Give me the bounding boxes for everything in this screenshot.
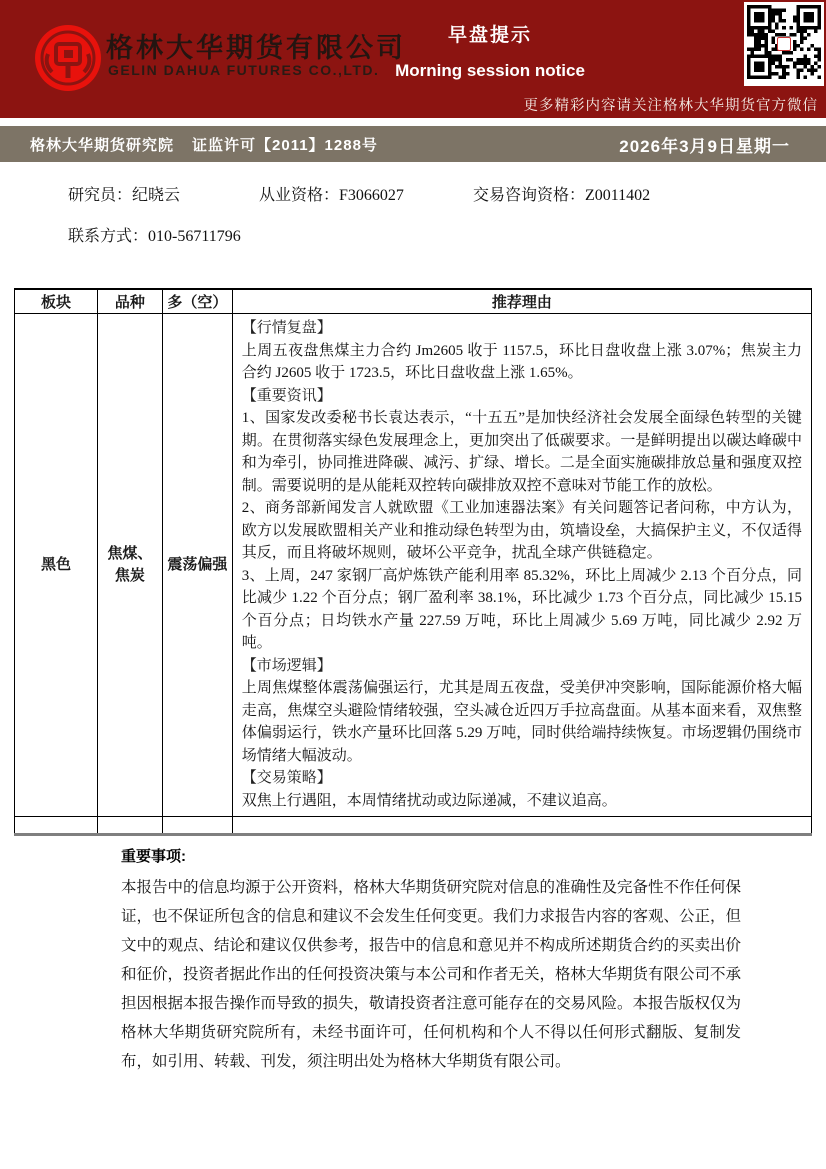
- notice-title-block: 早盘提示 Morning session notice: [370, 20, 610, 81]
- company-name-en: GELIN DAHUA FUTURES CO.,LTD.: [108, 62, 379, 78]
- company-logo-icon: [34, 24, 102, 92]
- section-paragraph: 上周五夜盘焦煤主力合约 Jm2605 收于 1157.5，环比日盘收盘上涨 3.…: [242, 340, 802, 385]
- reason-sections: 【行情复盘】上周五夜盘焦煤主力合约 Jm2605 收于 1157.5，环比日盘收…: [242, 317, 802, 812]
- researcher-qualification: 从业资格：F3066027: [259, 182, 469, 205]
- disclaimer-title: 重要事项:: [121, 845, 741, 866]
- section-paragraph: 上周焦煤整体震荡偏强运行，尤其是周五夜盘，受美伊冲突影响，国际能源价格大幅走高，…: [242, 677, 802, 767]
- wechat-qr-code: [744, 2, 824, 86]
- recommendation-table: 板块 品种 多（空） 推荐理由 黑色 焦煤、焦炭 震荡偏强 【行情复盘】上周五夜…: [14, 288, 812, 836]
- empty-cell: [232, 817, 811, 835]
- section-title: 【行情复盘】: [242, 317, 802, 340]
- empty-cell: [15, 817, 98, 835]
- wechat-note: 更多精彩内容请关注格林大华期货官方微信: [418, 94, 818, 115]
- cell-reason: 【行情复盘】上周五夜盘焦煤主力合约 Jm2605 收于 1157.5，环比日盘收…: [232, 314, 811, 817]
- disclaimer-body: 本报告中的信息均源于公开资料，格林大华期货研究院对信息的准确性及完备性不作任何保…: [121, 873, 741, 1076]
- section-paragraph: 2、商务部新闻发言人就欧盟《工业加速器法案》有关问题答记者问称，中方认为，欧方以…: [242, 497, 802, 565]
- subheader-band: 格林大华期货研究院证监许可【2011】1288号 2026年3月9日星期一: [0, 126, 826, 162]
- empty-cell: [97, 817, 162, 835]
- notice-title-cn: 早盘提示: [370, 20, 610, 47]
- table-empty-row: [15, 817, 812, 835]
- header-band: 格林大华期货有限公司 GELIN DAHUA FUTURES CO.,LTD. …: [0, 0, 826, 118]
- license-number: 证监许可【2011】1288号: [192, 137, 378, 154]
- cell-variety: 焦煤、焦炭: [97, 314, 162, 817]
- header-sector: 板块: [15, 289, 98, 314]
- section-title: 【重要资讯】: [242, 385, 802, 408]
- researcher-contact: 联系方式：010-56711796: [68, 223, 768, 246]
- section-paragraph: 双焦上行遇阻，本周情绪扰动或边际递减，不建议追高。: [242, 790, 802, 813]
- empty-cell: [162, 817, 232, 835]
- researcher-info: 研究员：纪晓云 从业资格：F3066027 交易咨询资格：Z0011402 联系…: [68, 182, 768, 246]
- notice-title-en: Morning session notice: [370, 61, 610, 81]
- researcher-advisory: 交易咨询资格：Z0011402: [473, 187, 650, 204]
- disclaimer-section: 重要事项: 本报告中的信息均源于公开资料，格林大华期货研究院对信息的准确性及完备…: [121, 845, 741, 1076]
- cell-position: 震荡偏强: [162, 314, 232, 817]
- cell-sector: 黑色: [15, 314, 98, 817]
- institute-name: 格林大华期货研究院: [30, 137, 174, 154]
- header-position: 多（空）: [162, 289, 232, 314]
- report-date: 2026年3月9日星期一: [619, 132, 790, 157]
- header-variety: 品种: [97, 289, 162, 314]
- company-name-cn: 格林大华期货有限公司: [106, 26, 406, 65]
- table-row: 黑色 焦煤、焦炭 震荡偏强 【行情复盘】上周五夜盘焦煤主力合约 Jm2605 收…: [15, 314, 812, 817]
- researcher-row-1: 研究员：纪晓云 从业资格：F3066027 交易咨询资格：Z0011402: [68, 182, 768, 205]
- institute-license: 格林大华期货研究院证监许可【2011】1288号: [30, 134, 396, 155]
- researcher-name: 研究员：纪晓云: [68, 182, 255, 205]
- qr-center-logo-icon: [777, 37, 791, 51]
- section-title: 【交易策略】: [242, 767, 802, 790]
- section-paragraph: 1、国家发改委秘书长袁达表示，“十五五”是加快经济社会发展全面绿色转型的关键期。…: [242, 407, 802, 497]
- section-title: 【市场逻辑】: [242, 655, 802, 678]
- table-header-row: 板块 品种 多（空） 推荐理由: [15, 289, 812, 314]
- section-paragraph: 3、上周，247 家钢厂高炉炼铁产能利用率 85.32%，环比上周减少 2.13…: [242, 565, 802, 655]
- header-reason: 推荐理由: [232, 289, 811, 314]
